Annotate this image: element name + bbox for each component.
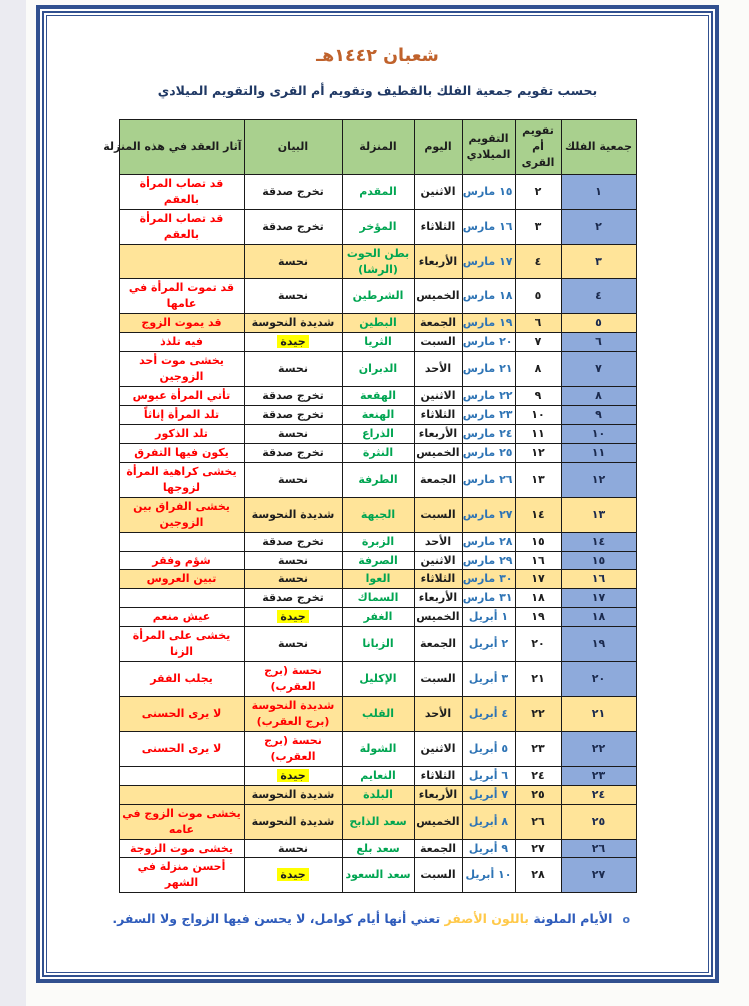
page-title: شعبان ١٤٤٢هـ — [47, 46, 708, 66]
cell-bayan: شديدة النحوسة (برج العقرب) — [244, 697, 342, 732]
cell-day: السبت — [414, 858, 462, 893]
footnote-lead: الأيام الملونة — [529, 911, 612, 926]
cell-greg: ١٦ مارس — [462, 209, 515, 244]
cell-athar: يخشى موت الزوج في عامه — [119, 804, 244, 839]
cell-uq: ١٥ — [515, 532, 561, 551]
cell-uq: ٢٤ — [515, 766, 561, 785]
cell-greg: ٢٦ مارس — [462, 462, 515, 497]
cell-greg: ٢ أبريل — [462, 627, 515, 662]
table-row: ١٠١١٢٤ مارسالأربعاءالذراعنحسةتلد الذكور — [119, 424, 636, 443]
decorative-page-border-middle: شعبان ١٤٤٢هـ بحسب تقويم جمعية الفلك بالق… — [42, 11, 713, 977]
table-row: ١٢١٣٢٦ مارسالجمعةالطرفةنحسةيخشى كراهية ا… — [119, 462, 636, 497]
cell-bayan: تخرج صدقة — [244, 532, 342, 551]
table-row: ١١١٢٢٥ مارسالخميسالنثرةتخرج صدقةيكون فيه… — [119, 443, 636, 462]
cell-bayan: نحسة — [244, 839, 342, 858]
cell-bayan: جيدة — [244, 766, 342, 785]
cell-greg: ٢٥ مارس — [462, 443, 515, 462]
table-row: ١٢١٥ مارسالاثنينالمقدمتخرج صدقةقد تصاب ا… — [119, 174, 636, 209]
cell-falak: ٤ — [561, 279, 636, 314]
cell-falak: ٩ — [561, 406, 636, 425]
cell-manzila: الصرفة — [342, 551, 414, 570]
cell-bayan: تخرج صدقة — [244, 209, 342, 244]
cell-uq: ١٧ — [515, 570, 561, 589]
table-row: ٢٧٢٨١٠ أبريلالسبتسعد السعودجيدةأحسن منزل… — [119, 858, 636, 893]
table-row: ٢٣٢٤٦ أبريلالثلاثاءالنعايمجيدة — [119, 766, 636, 785]
bullet-icon: o — [622, 913, 630, 926]
cell-bayan: نحسة — [244, 570, 342, 589]
cell-day: السبت — [414, 662, 462, 697]
cell-uq: ٢٠ — [515, 627, 561, 662]
footnote-rest: تعني أنها أيام كوامل، لا يحسن فيها الزوا… — [112, 911, 444, 926]
cell-falak: ١٥ — [561, 551, 636, 570]
table-row-kamil: ١٦١٧٣٠ مارسالثلاثاءالعوانحسةتبين العروس — [119, 570, 636, 589]
cell-manzila: الثريا — [342, 333, 414, 352]
cell-day: الجمعة — [414, 839, 462, 858]
column-header-greg: التقويم الميلادي — [462, 120, 515, 175]
table-row: ٨٩٢٢ مارسالاثنينالهقعةتخرج صدقةتأتي المر… — [119, 387, 636, 406]
cell-athar — [119, 766, 244, 785]
table-row: ٢٠٢١٣ أبريلالسبتالإكليلنحسة (برج العقرب)… — [119, 662, 636, 697]
cell-uq: ٢٥ — [515, 785, 561, 804]
cell-falak: ٦ — [561, 333, 636, 352]
cell-falak: ٣ — [561, 244, 636, 279]
cell-falak: ١٢ — [561, 462, 636, 497]
column-header-manzila: المنزلة — [342, 120, 414, 175]
cell-day: الاثنين — [414, 731, 462, 766]
cell-bayan: جيدة — [244, 608, 342, 627]
footnote: oالأيام الملونة باللون الأصفر تعني أنها … — [87, 910, 630, 929]
cell-bayan: نحسة — [244, 627, 342, 662]
cell-athar: يخشى موت أحد الزوجين — [119, 352, 244, 387]
cell-bayan: نحسة — [244, 279, 342, 314]
cell-athar: تلد المرأة إناثاً — [119, 406, 244, 425]
cell-manzila: الهنعة — [342, 406, 414, 425]
cell-manzila: المؤخر — [342, 209, 414, 244]
cell-day: الجمعة — [414, 627, 462, 662]
cell-greg: ٣ أبريل — [462, 662, 515, 697]
cell-day: الخميس — [414, 279, 462, 314]
cell-day: الثلاثاء — [414, 766, 462, 785]
table-row: ١٥١٦٢٩ مارسالاثنينالصرفةنحسةشؤم وفقر — [119, 551, 636, 570]
cell-greg: ١٨ مارس — [462, 279, 515, 314]
cell-greg: ١٧ مارس — [462, 244, 515, 279]
cell-day: الاثنين — [414, 174, 462, 209]
cell-day: السبت — [414, 333, 462, 352]
cell-greg: ١٠ أبريل — [462, 858, 515, 893]
cell-athar: لا يرى الحسنى — [119, 731, 244, 766]
table-row-kamil: ٣٤١٧ مارسالأربعاءبطن الحوت (الرشا)نحسة — [119, 244, 636, 279]
cell-uq: ١٠ — [515, 406, 561, 425]
cell-uq: ٦ — [515, 314, 561, 333]
cell-greg: ١٩ مارس — [462, 314, 515, 333]
cell-uq: ١٤ — [515, 497, 561, 532]
cell-falak: ٢٤ — [561, 785, 636, 804]
cell-day: الأحد — [414, 697, 462, 732]
cell-athar: قد يموت الزوج — [119, 314, 244, 333]
cell-bayan: تخرج صدقة — [244, 387, 342, 406]
cell-bayan: نحسة — [244, 551, 342, 570]
cell-uq: ١٨ — [515, 589, 561, 608]
cell-falak: ١١ — [561, 443, 636, 462]
cell-athar: قد تصاب المرأة بالعقم — [119, 174, 244, 209]
page-content: شعبان ١٤٤٢هـ بحسب تقويم جمعية الفلك بالق… — [47, 16, 708, 972]
table-row: ٢٦٢٧٩ أبريلالجمعةسعد بلعنحسةيخشى موت الز… — [119, 839, 636, 858]
cell-day: الأحد — [414, 532, 462, 551]
table-row: ٧٨٢١ مارسالأحدالدبراننحسةيخشى موت أحد ال… — [119, 352, 636, 387]
cell-falak: ١ — [561, 174, 636, 209]
cell-athar: تأتي المرأة عبوس — [119, 387, 244, 406]
table-row-kamil: ٢١٢٢٤ أبريلالأحدالقلبشديدة النحوسة (برج … — [119, 697, 636, 732]
column-header-athar: آثار العقد في هذه المنزلة — [119, 120, 244, 175]
cell-manzila: سعد بلع — [342, 839, 414, 858]
cell-manzila: الشولة — [342, 731, 414, 766]
cell-uq: ٢٨ — [515, 858, 561, 893]
cell-manzila: الشرطين — [342, 279, 414, 314]
cell-greg: ٧ أبريل — [462, 785, 515, 804]
table-header-row: جمعية الفلكتقويم أم القرىالتقويم الميلاد… — [119, 120, 636, 175]
good-day-highlight: جيدة — [277, 335, 308, 348]
cell-athar: لا يرى الحسنى — [119, 697, 244, 732]
cell-day: الخميس — [414, 443, 462, 462]
cell-athar: قد تموت المرأة في عامها — [119, 279, 244, 314]
cell-day: الخميس — [414, 608, 462, 627]
cell-uq: ٨ — [515, 352, 561, 387]
cell-day: الاثنين — [414, 387, 462, 406]
cell-manzila: السماك — [342, 589, 414, 608]
cell-day: الثلاثاء — [414, 406, 462, 425]
cell-falak: ١٣ — [561, 497, 636, 532]
cell-day: الأربعاء — [414, 244, 462, 279]
cell-bayan: جيدة — [244, 333, 342, 352]
cell-athar: فيه تلذذ — [119, 333, 244, 352]
cell-manzila: العوا — [342, 570, 414, 589]
cell-greg: ٢٧ مارس — [462, 497, 515, 532]
cell-falak: ٢١ — [561, 697, 636, 732]
cell-uq: ١٩ — [515, 608, 561, 627]
cell-greg: ٢٩ مارس — [462, 551, 515, 570]
cell-greg: ٢٠ مارس — [462, 333, 515, 352]
table-row: ٢٢٢٣٥ أبريلالاثنينالشولةنحسة (برج العقرب… — [119, 731, 636, 766]
cell-manzila: الغفر — [342, 608, 414, 627]
cell-falak: ٨ — [561, 387, 636, 406]
cell-bayan: نحسة — [244, 424, 342, 443]
cell-day: الأربعاء — [414, 785, 462, 804]
cell-athar: يخشى الفراق بين الزوجين — [119, 497, 244, 532]
cell-uq: ٢٢ — [515, 697, 561, 732]
table-row: ١٤١٥٢٨ مارسالأحدالزبرةتخرج صدقة — [119, 532, 636, 551]
cell-bayan: تخرج صدقة — [244, 174, 342, 209]
cell-athar — [119, 532, 244, 551]
cell-uq: ٢ — [515, 174, 561, 209]
cell-falak: ٢ — [561, 209, 636, 244]
cell-greg: ٩ أبريل — [462, 839, 515, 858]
cell-day: الجمعة — [414, 314, 462, 333]
cell-uq: ٤ — [515, 244, 561, 279]
cell-falak: ١٨ — [561, 608, 636, 627]
cell-day: الاثنين — [414, 551, 462, 570]
cell-bayan: تخرج صدقة — [244, 406, 342, 425]
table-row: ٩١٠٢٣ مارسالثلاثاءالهنعةتخرج صدقةتلد الم… — [119, 406, 636, 425]
cell-uq: ٥ — [515, 279, 561, 314]
cell-manzila: الزبرة — [342, 532, 414, 551]
cell-manzila: القلب — [342, 697, 414, 732]
cell-manzila: البلدة — [342, 785, 414, 804]
cell-manzila: الجبهة — [342, 497, 414, 532]
cell-greg: ٣٠ مارس — [462, 570, 515, 589]
cell-falak: ١٦ — [561, 570, 636, 589]
cell-uq: ٩ — [515, 387, 561, 406]
cell-greg: ٢٣ مارس — [462, 406, 515, 425]
cell-falak: ٢٦ — [561, 839, 636, 858]
cell-uq: ١١ — [515, 424, 561, 443]
cell-greg: ٢١ مارس — [462, 352, 515, 387]
cell-greg: ٢٤ مارس — [462, 424, 515, 443]
cell-day: الثلاثاء — [414, 570, 462, 589]
table-row: ١٩٢٠٢ أبريلالجمعةالزبانانحسةيخشى على الم… — [119, 627, 636, 662]
cell-greg: ٣١ مارس — [462, 589, 515, 608]
cell-athar — [119, 244, 244, 279]
cell-athar: تبين العروس — [119, 570, 244, 589]
table-header: جمعية الفلكتقويم أم القرىالتقويم الميلاد… — [119, 120, 636, 175]
cell-athar — [119, 589, 244, 608]
cell-falak: ٢٧ — [561, 858, 636, 893]
cell-greg: ١ أبريل — [462, 608, 515, 627]
cell-day: الثلاثاء — [414, 209, 462, 244]
column-header-bayan: البيان — [244, 120, 342, 175]
cell-athar: يخشى على المرأة الزنا — [119, 627, 244, 662]
cell-athar: تلد الذكور — [119, 424, 244, 443]
cell-athar: قد تصاب المرأة بالعقم — [119, 209, 244, 244]
cell-greg: ٨ أبريل — [462, 804, 515, 839]
cell-manzila: الهقعة — [342, 387, 414, 406]
cell-manzila: بطن الحوت (الرشا) — [342, 244, 414, 279]
cell-bayan: نحسة — [244, 244, 342, 279]
cell-greg: ١٥ مارس — [462, 174, 515, 209]
cell-falak: ٧ — [561, 352, 636, 387]
cell-falak: ٢٥ — [561, 804, 636, 839]
cell-bayan: شديدة النحوسة — [244, 314, 342, 333]
cell-day: الأحد — [414, 352, 462, 387]
cell-manzila: المقدم — [342, 174, 414, 209]
good-day-highlight: جيدة — [277, 610, 308, 623]
cell-manzila: سعد الذابح — [342, 804, 414, 839]
cell-greg: ٥ أبريل — [462, 731, 515, 766]
cell-uq: ٣ — [515, 209, 561, 244]
cell-manzila: الدبران — [342, 352, 414, 387]
column-header-uq: تقويم أم القرى — [515, 120, 561, 175]
cell-athar — [119, 785, 244, 804]
cell-day: السبت — [414, 497, 462, 532]
cell-falak: ٢٣ — [561, 766, 636, 785]
cell-athar: يجلب الفقر — [119, 662, 244, 697]
cell-manzila: النعايم — [342, 766, 414, 785]
cell-uq: ٢٧ — [515, 839, 561, 858]
table-row: ٢٣١٦ مارسالثلاثاءالمؤخرتخرج صدقةقد تصاب … — [119, 209, 636, 244]
cell-athar: أحسن منزلة في الشهر — [119, 858, 244, 893]
cell-greg: ٤ أبريل — [462, 697, 515, 732]
cell-manzila: النثرة — [342, 443, 414, 462]
cell-falak: ١٠ — [561, 424, 636, 443]
cell-day: الجمعة — [414, 462, 462, 497]
cell-athar: يخشى موت الزوجة — [119, 839, 244, 858]
scan-edge-strip — [0, 0, 26, 1006]
cell-day: الأربعاء — [414, 424, 462, 443]
cell-greg: ٢٢ مارس — [462, 387, 515, 406]
cell-uq: ٧ — [515, 333, 561, 352]
table-row: ٦٧٢٠ مارسالسبتالثرياجيدةفيه تلذذ — [119, 333, 636, 352]
cell-athar: يخشى كراهية المرأة لزوجها — [119, 462, 244, 497]
cell-manzila: الإكليل — [342, 662, 414, 697]
cell-falak: ٢٢ — [561, 731, 636, 766]
cell-manzila: البطين — [342, 314, 414, 333]
cell-greg: ٦ أبريل — [462, 766, 515, 785]
cell-bayan: شديدة النحوسة — [244, 497, 342, 532]
cell-day: الأربعاء — [414, 589, 462, 608]
cell-uq: ١٣ — [515, 462, 561, 497]
cell-manzila: سعد السعود — [342, 858, 414, 893]
cell-bayan: شديدة النحوسة — [244, 785, 342, 804]
table-row: ١٧١٨٣١ مارسالأربعاءالسماكتخرج صدقة — [119, 589, 636, 608]
cell-uq: ٢٦ — [515, 804, 561, 839]
table-row-kamil: ١٣١٤٢٧ مارسالسبتالجبهةشديدة النحوسةيخشى … — [119, 497, 636, 532]
cell-bayan: نحسة (برج العقرب) — [244, 731, 342, 766]
cell-falak: ١٧ — [561, 589, 636, 608]
table-row: ١٨١٩١ أبريلالخميسالغفرجيدةعيش منعم — [119, 608, 636, 627]
cell-falak: ٢٠ — [561, 662, 636, 697]
cell-bayan: جيدة — [244, 858, 342, 893]
cell-bayan: تخرج صدقة — [244, 443, 342, 462]
cell-uq: ٢٣ — [515, 731, 561, 766]
cell-bayan: نحسة (برج العقرب) — [244, 662, 342, 697]
cell-athar: شؤم وفقر — [119, 551, 244, 570]
cell-athar: عيش منعم — [119, 608, 244, 627]
cell-bayan: شديدة النحوسة — [244, 804, 342, 839]
column-header-falak: جمعية الفلك — [561, 120, 636, 175]
lunar-mansions-table: جمعية الفلكتقويم أم القرىالتقويم الميلاد… — [119, 119, 637, 893]
cell-uq: ٢١ — [515, 662, 561, 697]
cell-bayan: نحسة — [244, 462, 342, 497]
cell-uq: ١٦ — [515, 551, 561, 570]
table-row-kamil: ٥٦١٩ مارسالجمعةالبطينشديدة النحوسةقد يمو… — [119, 314, 636, 333]
cell-falak: ١٩ — [561, 627, 636, 662]
good-day-highlight: جيدة — [277, 868, 308, 881]
decorative-page-border-inner: شعبان ١٤٤٢هـ بحسب تقويم جمعية الفلك بالق… — [46, 15, 709, 973]
cell-falak: ٥ — [561, 314, 636, 333]
table-row-kamil: ٢٤٢٥٧ أبريلالأربعاءالبلدةشديدة النحوسة — [119, 785, 636, 804]
table-row-kamil: ٢٥٢٦٨ أبريلالخميسسعد الذابحشديدة النحوسة… — [119, 804, 636, 839]
cell-falak: ١٤ — [561, 532, 636, 551]
table-row: ٤٥١٨ مارسالخميسالشرطيننحسةقد تموت المرأة… — [119, 279, 636, 314]
cell-day: الخميس — [414, 804, 462, 839]
cell-manzila: الزبانا — [342, 627, 414, 662]
page-subtitle: بحسب تقويم جمعية الفلك بالقطيف وتقويم أم… — [47, 83, 708, 98]
cell-manzila: الطرفة — [342, 462, 414, 497]
footnote-yellow-phrase: باللون الأصفر — [445, 911, 530, 926]
cell-bayan: تخرج صدقة — [244, 589, 342, 608]
cell-manzila: الذراع — [342, 424, 414, 443]
cell-greg: ٢٨ مارس — [462, 532, 515, 551]
cell-bayan: نحسة — [244, 352, 342, 387]
decorative-page-border-outer: شعبان ١٤٤٢هـ بحسب تقويم جمعية الفلك بالق… — [36, 5, 719, 983]
good-day-highlight: جيدة — [277, 769, 308, 782]
table-body: ١٢١٥ مارسالاثنينالمقدمتخرج صدقةقد تصاب ا… — [119, 174, 636, 893]
cell-athar: يكون فيها التفرق — [119, 443, 244, 462]
column-header-day: اليوم — [414, 120, 462, 175]
cell-uq: ١٢ — [515, 443, 561, 462]
